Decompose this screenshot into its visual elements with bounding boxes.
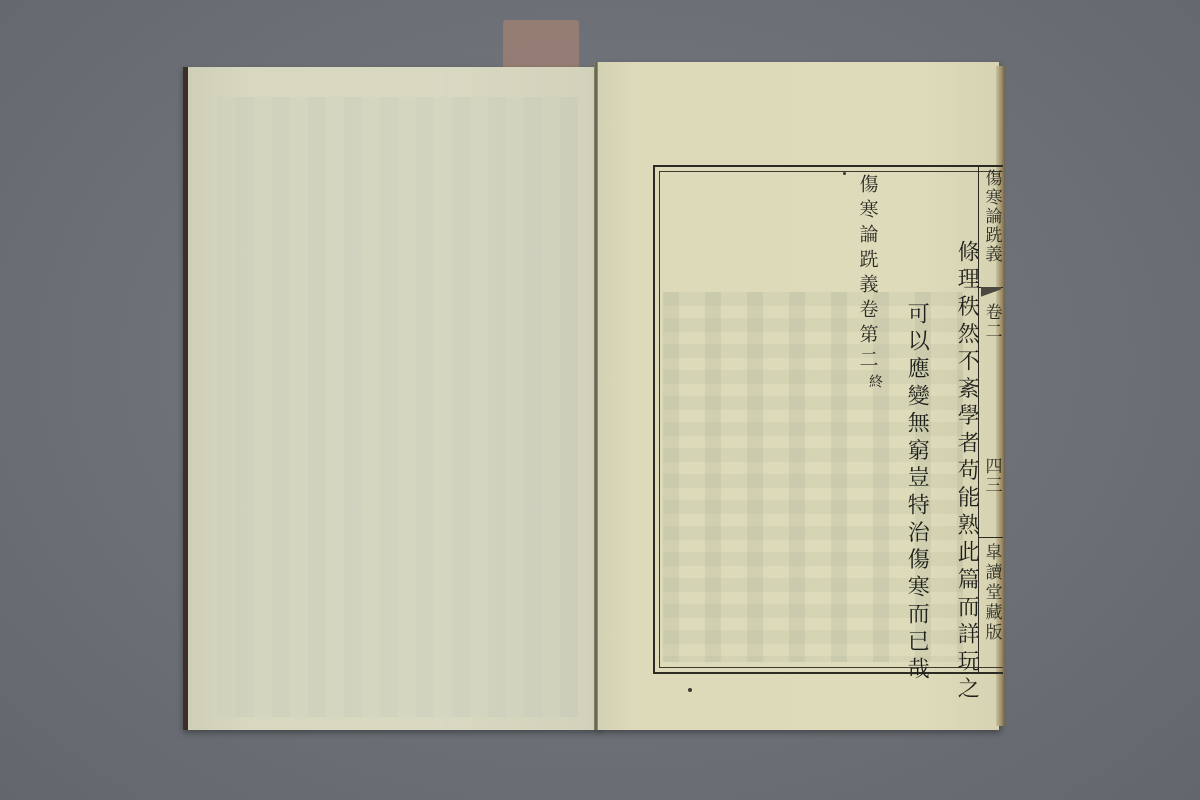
volume-end-mark-text: 終 bbox=[868, 374, 882, 388]
book-spine bbox=[594, 62, 598, 730]
paper-speck bbox=[843, 172, 846, 175]
volume-end-title: 傷寒論跣義卷第二 bbox=[854, 174, 880, 374]
open-book: 傷寒論跣義 卷二 四三 皐讀堂藏版 條理秩然不紊學者苟能熟此篇而詳玩之 可以應變… bbox=[183, 62, 1005, 736]
text-column-2-content: 可以應變無窮豈特治傷寒而已哉 bbox=[903, 302, 930, 684]
show-through-texture bbox=[218, 97, 578, 717]
text-column-1: 條理秩然不紊學者苟能熟此篇而詳玩之 bbox=[953, 240, 980, 704]
margin-volume: 卷二 bbox=[979, 303, 1003, 373]
margin-title: 傷寒論跣義 bbox=[979, 167, 1003, 288]
page-number-text: 四三 bbox=[982, 457, 1001, 495]
fishtail-icon bbox=[981, 287, 1001, 301]
paper-speck bbox=[688, 688, 692, 692]
volume-end-mark: 終 bbox=[868, 374, 882, 388]
margin-publisher: 皐讀堂藏版 bbox=[979, 539, 1003, 673]
text-column-1-content: 條理秩然不紊學者苟能熟此篇而詳玩之 bbox=[953, 240, 980, 704]
margin-title-text: 傷寒論跣義 bbox=[982, 169, 1001, 264]
left-page bbox=[183, 67, 601, 730]
publisher-text: 皐讀堂藏版 bbox=[982, 543, 1001, 643]
text-column-2: 可以應變無窮豈特治傷寒而已哉 bbox=[903, 302, 930, 684]
margin-volume-text: 卷二 bbox=[982, 303, 1001, 341]
margin-column: 傷寒論跣義 卷二 四三 皐讀堂藏版 bbox=[978, 167, 1003, 672]
volume-end-title-text: 傷寒論跣義卷第二 bbox=[854, 174, 880, 374]
margin-page-number: 四三 bbox=[979, 457, 1003, 538]
frame-inner-border bbox=[659, 171, 1003, 668]
text-frame: 傷寒論跣義 卷二 四三 皐讀堂藏版 bbox=[653, 165, 1003, 674]
